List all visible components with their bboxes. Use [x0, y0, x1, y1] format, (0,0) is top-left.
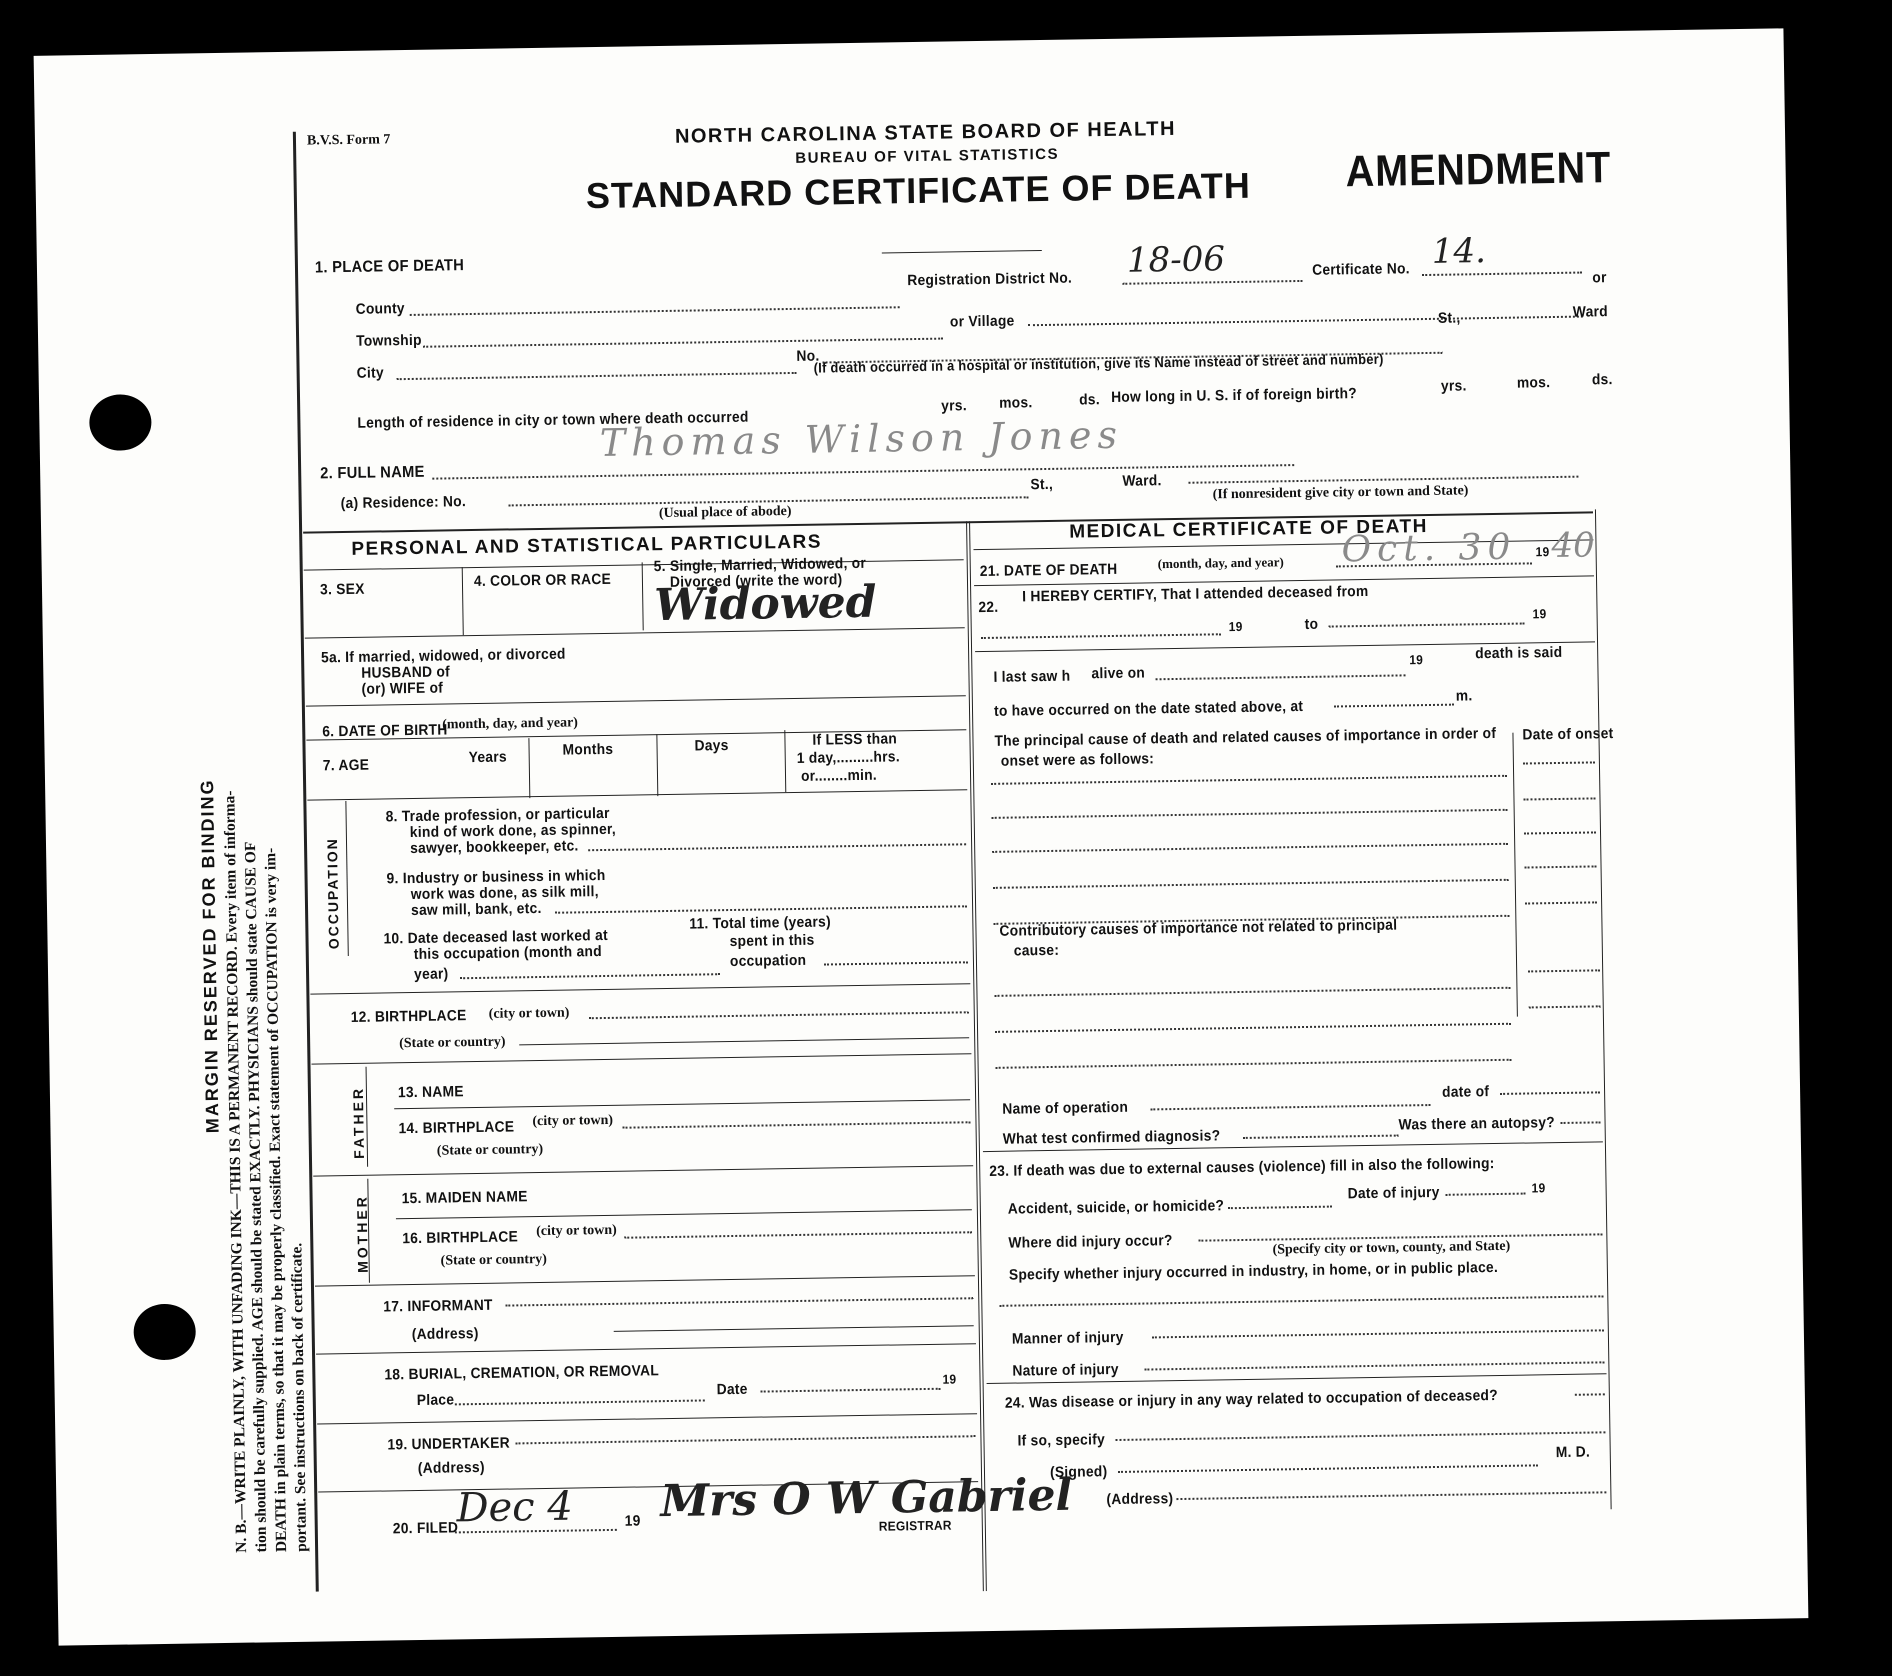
foreign-yrs: yrs.: [1441, 377, 1467, 394]
date-onset-label: Date of onset: [1522, 725, 1613, 743]
foreign-ds: ds.: [1592, 371, 1613, 388]
father-state-hint: (State or country): [437, 1142, 544, 1160]
filed-year-prefix: 19: [625, 1512, 641, 1529]
filed-date-value[interactable]: Dec 4: [456, 1484, 573, 1532]
cause-line-4[interactable]: [993, 879, 1509, 889]
burial-place-field[interactable]: [455, 1399, 705, 1405]
specify-whether-label: Specify whether injury occurred in indus…: [1009, 1259, 1498, 1284]
mother-birthplace-label: 16. BIRTHPLACE: [402, 1228, 518, 1247]
onset-line-4[interactable]: [1525, 865, 1597, 868]
physician-signature-field[interactable]: [1118, 1464, 1538, 1473]
dod-year-value[interactable]: 40: [1551, 525, 1595, 566]
age-divider-1: [528, 738, 530, 798]
birthplace-label: 12. BIRTHPLACE: [351, 1007, 467, 1026]
age-label: 7. AGE: [323, 757, 370, 775]
physician-address-label: (Address): [1106, 1490, 1173, 1508]
binding-hole-bottom: [133, 1303, 196, 1360]
certify-number: 22.: [978, 599, 998, 616]
principal-cause-1: The principal cause of death and related…: [994, 725, 1496, 750]
occurred-label: to have occurred on the date stated abov…: [994, 698, 1303, 720]
row-rule-10: [317, 1413, 977, 1424]
cause-line-3[interactable]: [992, 843, 1508, 853]
contrib-line-1[interactable]: [994, 987, 1510, 997]
last-saw-field[interactable]: [1156, 674, 1406, 680]
place-of-death-label: 1. PLACE OF DEATH: [315, 257, 464, 277]
principal-cause-2: onset were as follows:: [1001, 750, 1155, 769]
operation-date-field[interactable]: [1500, 1091, 1600, 1095]
reg-district-value[interactable]: 18-06: [1127, 239, 1226, 281]
race-label: 4. COLOR OR RACE: [474, 571, 611, 590]
operation-field[interactable]: [1150, 1104, 1430, 1110]
lastworked-label-3: year): [414, 965, 449, 983]
totaltime-label-1: 11. Total time (years): [689, 913, 831, 932]
onset-line-3[interactable]: [1524, 831, 1596, 834]
form-right-border: [1595, 509, 1612, 1509]
father-city-field[interactable]: [623, 1121, 971, 1128]
row-rule-1: [305, 627, 965, 638]
injury-year-prefix: 19: [1531, 1180, 1545, 1195]
foreign-mos: mos.: [1517, 374, 1551, 392]
contributory-cause-1: Contributory causes of importance not re…: [999, 917, 1397, 940]
margin-note-line-4: portant. See instructions on back of cer…: [288, 1243, 311, 1552]
mother-maiden-label: 15. MAIDEN NAME: [401, 1188, 527, 1207]
birthplace-state-hint: (State or country): [399, 1035, 506, 1053]
certificate-no-field: [1422, 272, 1582, 277]
informant-field[interactable]: [505, 1297, 973, 1306]
sex-label: 3. SEX: [320, 581, 365, 599]
occupation-bracket: [345, 801, 348, 956]
attended-to-field[interactable]: [1329, 622, 1525, 627]
dob-hint: (month, day, and year): [442, 715, 578, 733]
undertaker-label: 19. UNDERTAKER: [387, 1435, 510, 1454]
reg-district-label: Registration District No.: [907, 270, 1072, 290]
accident-field[interactable]: [1228, 1206, 1332, 1210]
marital-status-value[interactable]: Widowed: [654, 577, 877, 631]
row-rule-8: [315, 1275, 975, 1286]
nature-label: Nature of injury: [1012, 1361, 1119, 1380]
occupation-side-label: OCCUPATION: [324, 837, 342, 949]
informant-label: 17. INFORMANT: [383, 1297, 493, 1316]
undertaker-field[interactable]: [515, 1435, 975, 1444]
nonresident-note: (If nonresident give city or town and St…: [1213, 483, 1469, 503]
row-rule-9: [316, 1343, 976, 1354]
specify-whether-field[interactable]: [999, 1295, 1603, 1306]
undertaker-address-label: (Address): [418, 1459, 485, 1477]
lastworked-label-2: this occupation (month and: [414, 943, 602, 963]
lastworked-field[interactable]: [460, 973, 720, 979]
mother-maiden-field: [396, 1209, 972, 1219]
hospital-note: (If death occurred in a hospital or inst…: [813, 351, 1383, 376]
title-underline: [882, 250, 1042, 254]
autopsy-field[interactable]: [1561, 1121, 1601, 1124]
occupation-related-label: 24. Was disease or injury in any way rel…: [1005, 1387, 1498, 1412]
certificate-no-label: Certificate No.: [1312, 260, 1410, 279]
township-field[interactable]: [423, 338, 943, 348]
age-divider-2: [656, 734, 658, 796]
occurred-time-field[interactable]: [1334, 704, 1454, 708]
accident-label: Accident, suicide, or homicide?: [1008, 1197, 1225, 1217]
village-label: or Village: [950, 312, 1015, 330]
form-id: B.V.S. Form 7: [307, 132, 391, 149]
last-saw-year: 19: [1409, 652, 1423, 667]
father-name-label: 13. NAME: [398, 1083, 464, 1101]
residence-st: St.,: [1030, 476, 1053, 493]
or-label: or: [1592, 269, 1607, 286]
industry-field[interactable]: [555, 905, 967, 913]
father-name-field: [394, 1099, 970, 1109]
birthplace-city-hint: (city or town): [489, 1006, 570, 1023]
foreign-birth-label: How long in U. S. if of foreign birth?: [1111, 385, 1357, 406]
birthplace-city-field[interactable]: [589, 1011, 969, 1019]
occurred-m: m.: [1456, 687, 1473, 704]
death-said-label: death is said: [1475, 644, 1562, 662]
column-divider: [966, 521, 987, 1591]
father-side-label: FATHER: [350, 1086, 367, 1159]
less-than-1: If LESS than: [812, 730, 897, 748]
signed-label: (Signed): [1050, 1463, 1108, 1481]
onset-line-5[interactable]: [1525, 901, 1597, 904]
st-label: St.,: [1438, 309, 1461, 326]
occupation-related-field[interactable]: [1575, 1393, 1605, 1395]
operation-label: Name of operation: [1002, 1099, 1128, 1118]
less-than-2: 1 day,.........hrs.: [797, 748, 900, 767]
informant-address-label: (Address): [412, 1325, 479, 1343]
manner-label: Manner of injury: [1012, 1329, 1124, 1348]
city-label: City: [357, 364, 384, 381]
contrib-line-3[interactable]: [996, 1059, 1512, 1069]
attended-from-year: 19: [1229, 619, 1243, 634]
md-label: M. D.: [1556, 1444, 1591, 1462]
burial-place-label: Place: [417, 1391, 455, 1409]
row-rule-7: [313, 1165, 973, 1176]
filed-label: 20. FILED: [393, 1519, 459, 1537]
row-rule-6: [311, 1053, 971, 1064]
attended-to-year: 19: [1532, 606, 1546, 621]
trade-label-3: sawyer, bookkeeper, etc.: [410, 837, 579, 857]
age-divider-3: [784, 730, 786, 792]
test-label: What test confirmed diagnosis?: [1003, 1127, 1221, 1147]
mother-state-hint: (State or country): [440, 1252, 547, 1270]
full-name-field: [432, 464, 1294, 480]
burial-year-prefix: 19: [942, 1372, 956, 1387]
margin-binding-label: MARGIN RESERVED FOR BINDING: [197, 778, 224, 1133]
residence-ward: Ward.: [1122, 472, 1161, 490]
registrar-signature[interactable]: Mrs O W Gabriel: [660, 1470, 1073, 1527]
onset-line-1[interactable]: [1523, 761, 1595, 764]
residence-yrs: yrs.: [941, 397, 967, 414]
full-name-value[interactable]: Thomas Wilson Jones: [599, 413, 1123, 465]
ward-label: Ward: [1573, 303, 1608, 321]
father-city-hint: (city or town): [532, 1113, 613, 1130]
informant-address-field: [614, 1325, 974, 1332]
burial-date-label: Date: [717, 1381, 748, 1398]
county-field[interactable]: [410, 306, 900, 316]
spouse-label-3: (or) WIFE of: [361, 679, 443, 697]
registrar-label: REGISTRAR: [879, 1518, 952, 1534]
contrib-onset-1[interactable]: [1528, 969, 1600, 972]
age-years: Years: [469, 748, 507, 766]
agency-name: NORTH CAROLINA STATE BOARD OF HEALTH: [675, 118, 1176, 149]
father-birthplace-label: 14. BIRTHPLACE: [398, 1118, 514, 1137]
age-months: Months: [562, 741, 613, 759]
dod-label: 21. DATE OF DEATH: [980, 561, 1118, 580]
trade-field[interactable]: [588, 843, 966, 851]
dod-year-prefix: 19: [1535, 544, 1549, 559]
certificate-title: STANDARD CERTIFICATE OF DEATH: [586, 165, 1252, 217]
if-so-field[interactable]: [1115, 1431, 1605, 1441]
operation-date-label: date of: [1442, 1083, 1489, 1101]
bureau-name: BUREAU OF VITAL STATISTICS: [795, 146, 1059, 167]
mother-city-field[interactable]: [624, 1231, 972, 1238]
township-label: Township: [356, 332, 422, 350]
physician-address-field[interactable]: [1176, 1491, 1606, 1500]
burial-label: 18. BURIAL, CREMATION, OR REMOVAL: [384, 1362, 659, 1383]
village-field[interactable]: [1028, 316, 1583, 327]
row-rule-4: [307, 789, 967, 800]
nature-field[interactable]: [1144, 1361, 1604, 1370]
mother-city-hint: (city or town): [536, 1223, 617, 1240]
test-field[interactable]: [1243, 1135, 1399, 1139]
mother-side-label: MOTHER: [354, 1194, 371, 1273]
last-saw-label: I last saw h: [993, 668, 1070, 686]
certificate-document: MARGIN RESERVED FOR BINDING N. B.—WRITE …: [34, 28, 1809, 1645]
city-field[interactable]: [397, 372, 797, 380]
if-so-label: If so, specify: [1017, 1431, 1105, 1449]
full-name-label: 2. FULL NAME: [320, 464, 425, 484]
less-than-3: or........min.: [801, 767, 877, 785]
where-injury-label: Where did injury occur?: [1008, 1232, 1173, 1252]
residence-mos: mos.: [999, 394, 1033, 412]
certificate-no-value[interactable]: 14.: [1432, 231, 1487, 272]
attended-from-field[interactable]: [981, 633, 1221, 639]
county-label: County: [356, 300, 405, 318]
cause-line-2[interactable]: [992, 809, 1508, 819]
totaltime-field[interactable]: [824, 961, 968, 965]
industry-label-3: saw mill, bank, etc.: [411, 900, 542, 919]
totaltime-label-3: occupation: [730, 952, 807, 970]
residence-label: (a) Residence: No.: [341, 493, 467, 512]
dod-hint: (month, day, and year): [1158, 554, 1284, 572]
injury-date-label: Date of injury: [1348, 1184, 1440, 1202]
row-rule-5: [310, 983, 970, 994]
amendment-stamp: AMENDMENT: [1345, 143, 1611, 197]
usual-place-note: (Usual place of abode): [659, 504, 792, 522]
contrib-line-2[interactable]: [995, 1023, 1511, 1033]
contributory-cause-2: cause:: [1014, 942, 1060, 960]
totaltime-label-2: spent in this: [729, 932, 814, 950]
birthplace-state-field: [519, 1037, 969, 1045]
external-causes-label: 23. If death was due to external causes …: [989, 1155, 1495, 1180]
autopsy-label: Was there an autopsy?: [1398, 1114, 1555, 1133]
reg-district-field: [1122, 280, 1302, 285]
alive-on-label: alive on: [1091, 664, 1145, 682]
residence-ds: ds.: [1079, 391, 1100, 408]
manner-field[interactable]: [1152, 1329, 1604, 1338]
binding-hole-top: [89, 394, 152, 451]
race-marital-divider: [642, 562, 644, 630]
specify-city-hint: (Specify city or town, county, and State…: [1272, 1239, 1510, 1259]
cause-line-1[interactable]: [991, 775, 1507, 785]
onset-line-2[interactable]: [1523, 797, 1595, 800]
injury-date-field[interactable]: [1446, 1193, 1526, 1196]
sex-race-divider: [462, 567, 464, 635]
certify-text: I HEREBY CERTIFY, That I attended deceas…: [1022, 583, 1369, 605]
burial-date-field[interactable]: [761, 1388, 941, 1393]
age-days: Days: [694, 737, 728, 755]
attended-to: to: [1305, 616, 1319, 633]
nonresident-field[interactable]: [1188, 476, 1578, 484]
contrib-onset-2[interactable]: [1529, 1005, 1601, 1008]
onset-column-divider: [1512, 733, 1517, 1017]
